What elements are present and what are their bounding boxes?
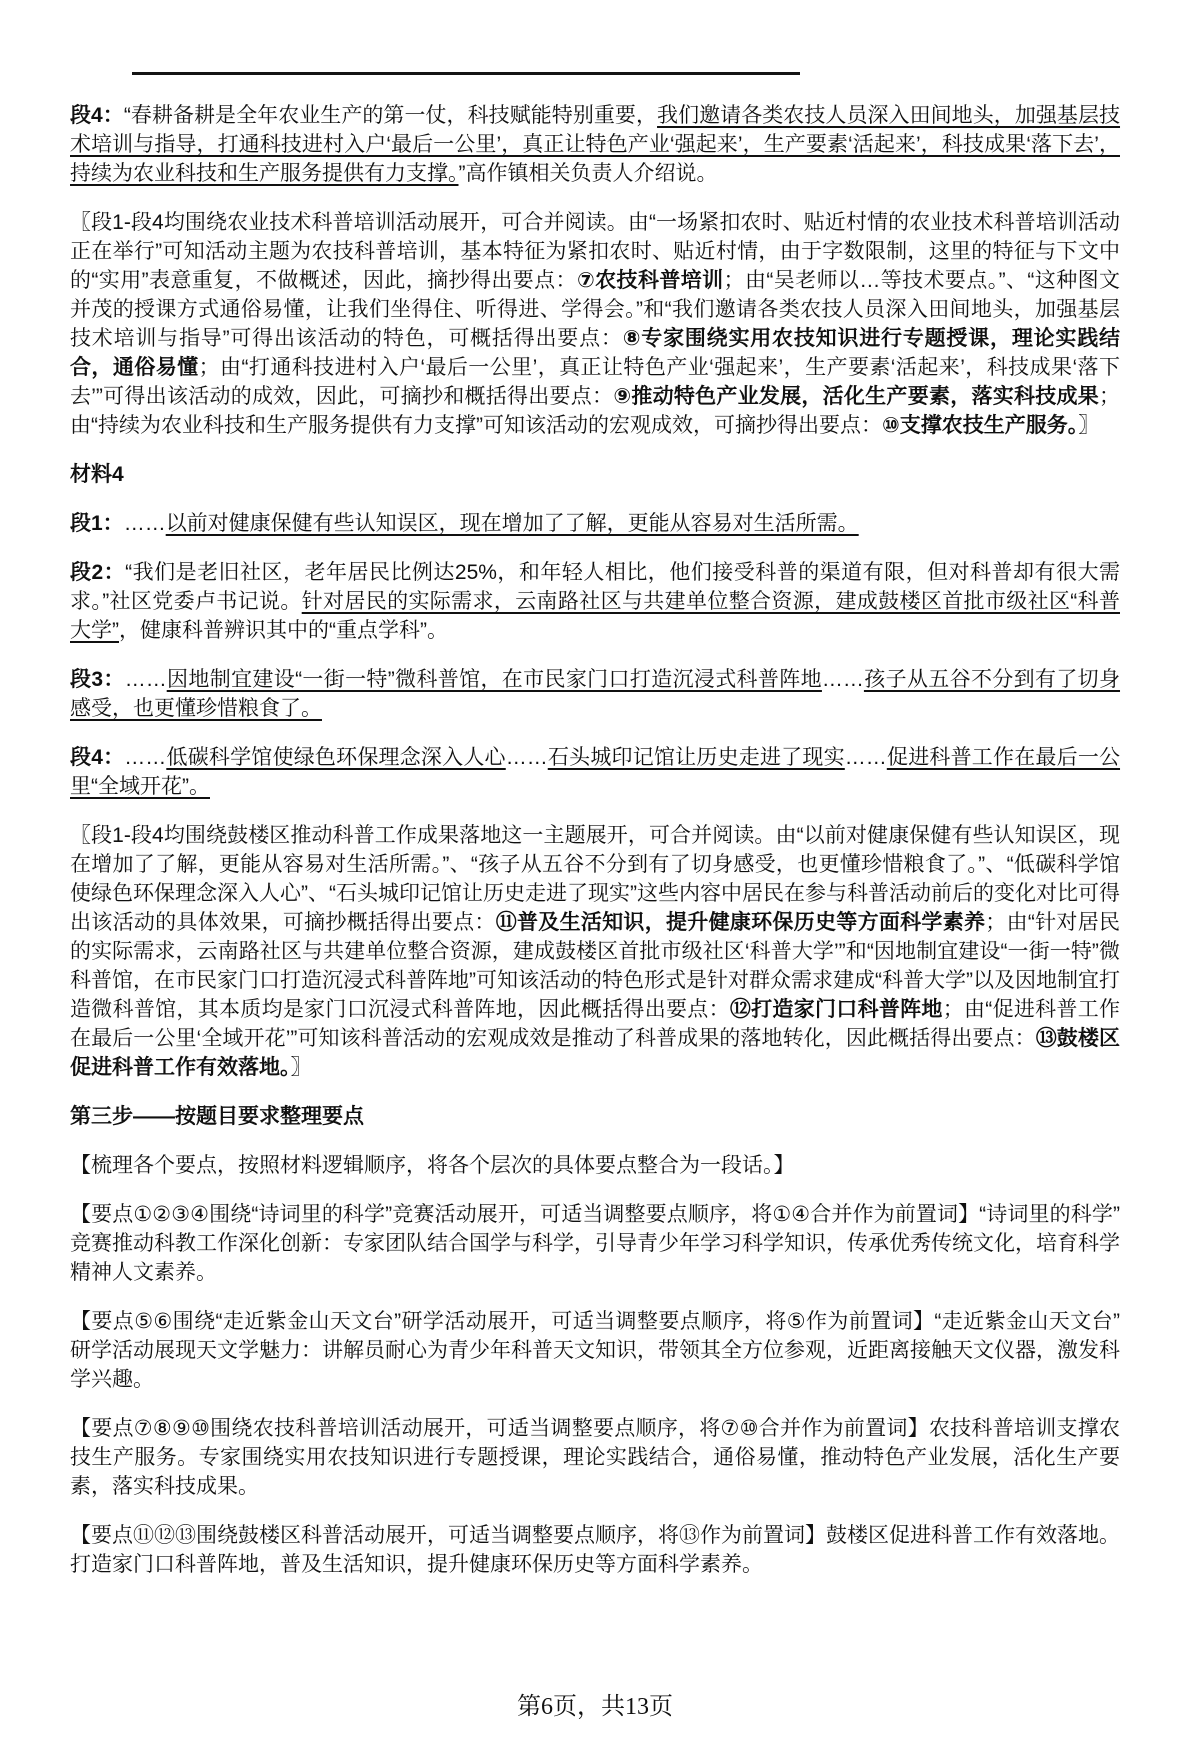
document-page: 段4：“春耕备耕是全年农业生产的第一仗，科技赋能特别重要，我们邀请各类农技人员深… bbox=[0, 72, 1190, 1756]
para-label: 段3： bbox=[70, 668, 125, 691]
summary-point-group-4: 【要点⑪⑫⑬围绕鼓楼区科普活动展开，可适当调整要点顺序，将⑬作为前置词】鼓楼区促… bbox=[70, 1521, 1120, 1579]
para-label: 段1： bbox=[70, 512, 124, 535]
key-point-9: ⑨推动特色产业发展，活化生产要素，落实科技成果 bbox=[613, 385, 1099, 408]
analysis-note-material3: 〖段1-段4均围绕农业技术科普培训活动展开，可合并阅读。由“一场紧扣农时、贴近村… bbox=[70, 208, 1120, 440]
underlined-quote: 以前对健康保健有些认知误区，现在增加了了解，更能从容易对生活所需。 bbox=[166, 512, 859, 535]
underlined-quote: 石头城印记馆让历史走进了现实 bbox=[548, 746, 845, 769]
material4-heading: 材料4 bbox=[70, 460, 1120, 489]
para-label: 段2： bbox=[70, 561, 125, 584]
para-text: …… bbox=[822, 668, 864, 691]
paragraph-material4-duan4: 段4：……低碳科学馆使绿色环保理念深入人心……石头城印记馆让历史走进了现实……促… bbox=[70, 743, 1120, 801]
analysis-text: 〗 bbox=[1078, 414, 1099, 437]
horizontal-rule bbox=[132, 72, 800, 75]
summary-point-group-2: 【要点⑤⑥围绕“走近紫金山天文台”研学活动展开，可适当调整要点顺序，将⑤作为前置… bbox=[70, 1307, 1120, 1394]
key-point-11: ⑪普及生活知识，提升健康环保历史等方面科学素养 bbox=[496, 911, 986, 934]
note-sorting-instruction: 【梳理各个要点，按照材料逻辑顺序，将各个层次的具体要点整合为一段话。】 bbox=[70, 1151, 1120, 1180]
para-text: …… bbox=[124, 746, 166, 769]
para-label: 段4： bbox=[70, 104, 124, 127]
underlined-quote: 低碳科学馆使绿色环保理念深入人心 bbox=[166, 746, 505, 769]
underlined-quote: 因地制宜建设“一街一特”微科普馆，在市民家门口打造沉浸式科普阵地 bbox=[167, 668, 822, 691]
para-text: …… bbox=[125, 668, 167, 691]
para-text: ”高作镇相关负责人介绍说。 bbox=[459, 162, 718, 185]
page-number: 第6页，共13页 bbox=[0, 1693, 1190, 1722]
para-text: …… bbox=[506, 746, 548, 769]
paragraph-material4-duan3: 段3：……因地制宜建设“一街一特”微科普馆，在市民家门口打造沉浸式科普阵地……孩… bbox=[70, 665, 1120, 723]
step3-heading: 第三步——按题目要求整理要点 bbox=[70, 1102, 1120, 1131]
key-point-12: ⑫打造家门口科普阵地 bbox=[730, 998, 943, 1021]
paragraph-material4-duan2: 段2：“我们是老旧社区，老年居民比例达25%，和年轻人相比，他们接受科普的渠道有… bbox=[70, 558, 1120, 645]
para-text: ，健康科普辨识其中的“重点学科”。 bbox=[119, 619, 448, 642]
summary-point-group-3: 【要点⑦⑧⑨⑩围绕农技科普培训活动展开，可适当调整要点顺序，将⑦⑩合并作为前置词… bbox=[70, 1414, 1120, 1501]
paragraph-material3-duan4: 段4：“春耕备耕是全年农业生产的第一仗，科技赋能特别重要，我们邀请各类农技人员深… bbox=[70, 101, 1120, 188]
analysis-note-material4: 〖段1-段4均围绕鼓楼区推动科普工作成果落地这一主题展开，可合并阅读。由“以前对… bbox=[70, 821, 1120, 1082]
key-point-7: ⑦农技科普培训 bbox=[577, 269, 724, 292]
para-label: 段4： bbox=[70, 746, 124, 769]
analysis-text: 〗 bbox=[291, 1056, 312, 1079]
summary-point-group-1: 【要点①②③④围绕“诗词里的科学”竞赛活动展开，可适当调整要点顺序，将①④合并作… bbox=[70, 1200, 1120, 1287]
para-text: “春耕备耕是全年农业生产的第一仗，科技赋能特别重要， bbox=[124, 104, 657, 127]
para-text: …… bbox=[124, 512, 166, 535]
key-point-10: ⑩支撑农技生产服务。 bbox=[882, 414, 1078, 437]
para-text: …… bbox=[845, 746, 887, 769]
paragraph-material4-duan1: 段1：……以前对健康保健有些认知误区，现在增加了了解，更能从容易对生活所需。 bbox=[70, 509, 1120, 538]
